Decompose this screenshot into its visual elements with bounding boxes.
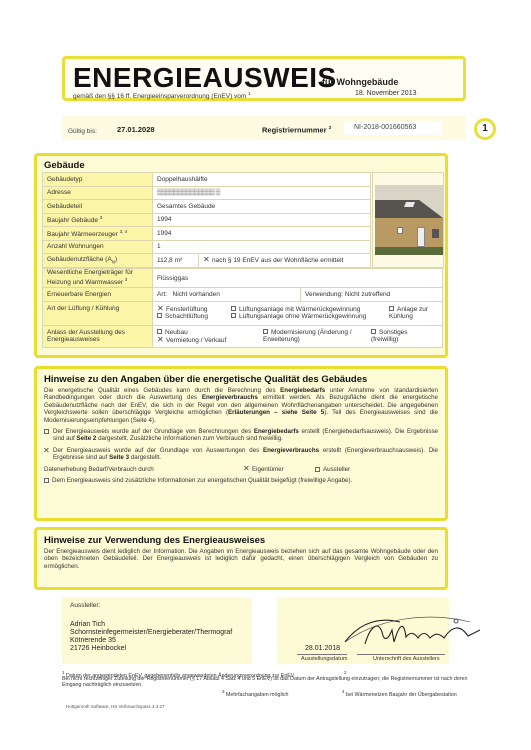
table-row: Art der Lüftung / Kühlung ✕Fensterlüftun… [43, 301, 443, 325]
footnote-3: 3 Mehrfachangaben möglich [222, 689, 288, 698]
option-verbrauchsausweis[interactable]: ✕Der Energieausweis wurde auf der Grundl… [37, 447, 445, 462]
legal-basis: gemäß den §§ 16 ff. Energieeinsparverord… [73, 91, 251, 100]
software-credit: Hottgenroth Software, HS Verbrauchspass … [66, 704, 165, 709]
table-row: GebäudetypDoppelhaushälfte [43, 173, 371, 187]
registration-number: NI-2018-001660563 [344, 121, 442, 135]
option-zusatzinfo[interactable]: Dem Energieausweis sind zusätzliche Info… [37, 477, 445, 484]
table-row: Erneuerbare Energien Art: Nicht vorhande… [43, 288, 443, 302]
validity-row: Gültig bis: 27.01.2028 Registriernummer … [62, 116, 466, 140]
footnote-4: 4 bei Wärmenetzen Baujahr der Übergabest… [342, 689, 457, 698]
table-row: Wesentliche Energieträger für Heizung un… [43, 269, 443, 288]
signature-label: Unterschrift des Ausstellers [373, 656, 440, 662]
option-eigentuemer[interactable]: ✕Eigentümer [243, 466, 284, 473]
registration-label: Registriernummer 2 [262, 125, 331, 135]
table-row: Anzahl Wohnungen1 [43, 240, 371, 254]
quality-notes-title: Hinweise zu den Angaben über die energet… [37, 369, 445, 387]
option-lueftung-mit-wrg[interactable]: Lüftungsanlage mit Wärmerückgewinnung [231, 306, 360, 313]
table-row: Baujahr Gebäude 31994 [43, 213, 371, 227]
table-row: Gebäudenutzfläche (AN)112,8 m²✕nach § 19… [43, 254, 371, 268]
building-table: GebäudetypDoppelhaushälfte Adresse▒▒▒▒▒▒… [42, 172, 371, 268]
option-bedarfsausweis[interactable]: Der Energieausweis wurde auf der Grundla… [37, 428, 445, 443]
page-number-badge: 1 [474, 118, 496, 140]
reason-options: Neubau ✕Vermietung / Verkauf Modernisier… [153, 325, 443, 347]
quality-notes-section: Hinweise zu den Angaben über die energet… [34, 366, 448, 521]
usage-notes-section: Hinweise zur Verwendung des Energieauswe… [34, 527, 448, 590]
footnote-2-text: Bei nicht rechtzeitiger Zuteilung der Re… [62, 676, 482, 688]
usage-notes-text: Der Energieausweis dient lediglich der I… [37, 548, 445, 570]
valid-until-date: 27.01.2028 [117, 125, 155, 134]
issuer-label: Aussteller: [70, 602, 100, 609]
option-aussteller[interactable]: Aussteller [315, 466, 350, 473]
house-photo [375, 185, 443, 255]
option-modernisierung[interactable]: Modernisierung (Änderung / Erweiterung) [263, 329, 353, 343]
title-box: ENERGIEAUSWEIS für Wohngebäude gemäß den… [62, 56, 466, 101]
data-collection-row: Datenerhebung Bedarf/Verbrauch durch ✕Ei… [37, 466, 445, 474]
signature-icon [340, 612, 490, 652]
table-row: Adresse▒▒▒▒▒▒▒▒▒▒▒▒▒▒ ▒ [43, 186, 371, 200]
building-section-title: Gebäude [37, 156, 445, 172]
table-row: GebäudeteilGesamtes Gebäude [43, 200, 371, 214]
table-row: Baujahr Wärmeerzeuger 3, 41994 [43, 227, 371, 241]
valid-until-label: Gültig bis: [68, 128, 97, 135]
option-sonstiges[interactable]: Sonstiges (freiwillig) [371, 329, 431, 343]
issue-date: 28.01.2018 [305, 645, 340, 652]
photo-cell [372, 172, 444, 268]
checkbox-checked-icon[interactable]: ✕ [203, 257, 210, 263]
option-lueftung-ohne-wrg[interactable]: Lüftungsanlage ohne Wärmerückgewinnung [231, 313, 366, 320]
building-section: Gebäude GebäudetypDoppelhaushälfte Adres… [34, 153, 448, 358]
ventilation-options: ✕Fensterlüftung Schachtlüftung Lüftungsa… [153, 301, 443, 325]
quality-intro: Die energetische Qualität eines Gebäudes… [37, 387, 445, 424]
option-vermietung-verkauf[interactable]: ✕Vermietung / Verkauf [157, 337, 226, 344]
enev-date: 18. November 2013 [355, 90, 416, 97]
option-schachtlueftung[interactable]: Schachtlüftung [157, 313, 208, 320]
usage-notes-title: Hinweise zur Verwendung des Energieauswe… [37, 530, 445, 548]
document-subtitle: für Wohngebäude [322, 77, 398, 87]
issue-date-label: Ausstellungsdatum [301, 656, 347, 662]
issuer-box: Aussteller: Adrian Tich Schornsteinfeger… [62, 597, 252, 664]
issuer-address: Adrian Tich Schornsteinfegermeister/Ener… [70, 621, 232, 653]
table-row: Anlass der Ausstellung des Energieauswei… [43, 325, 443, 347]
option-kuehlung[interactable]: Anlage zur Kühlung [389, 306, 437, 320]
option-fensterlueftung[interactable]: ✕Fensterlüftung [157, 306, 208, 313]
address-redacted: ▒▒▒▒▒▒▒▒▒▒▒▒▒▒ ▒ [153, 186, 371, 200]
building-table-lower: Wesentliche Energieträger für Heizung un… [42, 268, 443, 348]
document-title: ENERGIEAUSWEIS [73, 62, 337, 94]
